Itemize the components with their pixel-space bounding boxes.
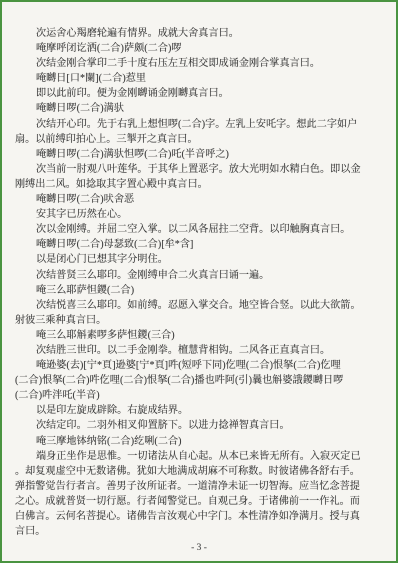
text-line: 唵嚩日啰(二合)满驮: [15, 101, 383, 116]
page-content: 次运舍心羯磨轮遍有情界。成就大舍真言曰。唵摩呼闭讫洒(二合)萨颇(二合)啰次结金…: [2, 2, 396, 554]
text-line: 次结开心印。先于右乳上想怛啰(二合)字。左乳上安吒字。想此二字如户: [15, 117, 383, 132]
text-line: 唵嚩日[口*闌](二合)惹里: [15, 71, 383, 86]
text-line: 次结胜三世印。以二手金刚拳。檀慧背相钩。二风各正直真言曰。: [15, 343, 383, 358]
text-line: 唵嚩日啰(二合)满驮怛啰(二合)吒(半音呼之): [15, 147, 383, 162]
text-line: 次以金刚缚。并屈二空入掌。以二风各屈拄二空背。以印触胸真言曰。: [15, 222, 383, 237]
text-line: 即以此前印。便为金刚嚩诵金刚嚩真言曰。: [15, 86, 383, 101]
text-line: 言曰。: [15, 524, 383, 539]
text-line: (二合)吽泮吒(半音): [15, 388, 383, 403]
document-page: 次运舍心羯磨轮遍有情界。成就大舍真言曰。唵摩呼闭讫洒(二合)萨颇(二合)啰次结金…: [0, 0, 398, 563]
text-line: 唵三么耶萨怛鑁(二合): [15, 283, 383, 298]
text-line: 唵嚩日啰(二合)母瑟致(二合)[牟*含]: [15, 237, 383, 252]
text-line: 。却复观虚空中无数诸佛。犹如大地满成胡麻不可称数。时彼诸佛各舒右手。: [15, 464, 383, 479]
text-line: 唵逊婆(去)[宁*頁]逊婆[宁*頁]吽(短呼下同)仡哩(二合)恨拏(二合)仡哩: [15, 358, 383, 373]
text-line: 次结普贤三么耶印。金刚缚申合二火真言曰诵一遍。: [15, 268, 383, 283]
page-number: - 3 -: [15, 542, 383, 554]
text-line: 唵三么耶斛素啰多萨怛鑁(三合): [15, 328, 383, 343]
text-line: 唵摩呼闭讫洒(二合)萨颇(二合)啰: [15, 41, 383, 56]
text-line: 次结悦喜三么耶印。如前缚。忍愿入掌交合。地空皆合竖。以此大欲箭。: [15, 298, 383, 313]
text-line: 次运舍心羯磨轮遍有情界。成就大舍真言曰。: [15, 26, 383, 41]
text-line: 以是印左旋成辟除。右旋成结界。: [15, 403, 383, 418]
text-line: (二合)恨拏(二合)吽仡哩(二合)恨拏(二合)播也吽阿(引)曩也斛婆誐鑁嚩日啰: [15, 373, 383, 388]
text-line: 射彼三乘种真言曰。: [15, 313, 383, 328]
text-line: 安其字已历然在心。: [15, 207, 383, 222]
text-line: 刚缚出二风。如捻取其字置心殿中真言曰。: [15, 177, 383, 192]
text-line: 以是闭心门已想其字分明住。: [15, 252, 383, 267]
text-line: 弹指警觉告行者言。善男子汝所证者。一道清净未证一切智海。应当忆念菩提: [15, 479, 383, 494]
text-line: 唵三摩地钵纳铭(二合)纥唎(二合): [15, 434, 383, 449]
text-line: 端身正坐作是思惟。一切诸法从自心起。从本已来皆无所有。入寂灭定已: [15, 449, 383, 464]
text-line: 次结定印。二羽外相叉仰置脐下。以进力捻禅智真言曰。: [15, 418, 383, 433]
text-line: 之心。成就普贤一切行愿。行者闻警觉已。自观己身。于诸佛前一一作礼。而: [15, 494, 383, 509]
text-line: 次结金刚合掌印二手十度右压左互相交即成诵金刚合掌真言曰。: [15, 56, 383, 71]
text-line: 唵嚩日啰(二合)吠舍恶: [15, 192, 383, 207]
text-line: 次当前一肘观八叶莲华。于其华上置恶字。放大光明如水精白色。即以金: [15, 162, 383, 177]
text-line: 扇。以前缚印拍心上。三掣开之真言曰。: [15, 132, 383, 147]
text-lines: 次运舍心羯磨轮遍有情界。成就大舍真言曰。唵摩呼闭讫洒(二合)萨颇(二合)啰次结金…: [15, 26, 383, 539]
text-line: 白佛言。云何名菩提心。诸佛告言汝观心中字门。本性清净如净满月。授与真: [15, 509, 383, 524]
